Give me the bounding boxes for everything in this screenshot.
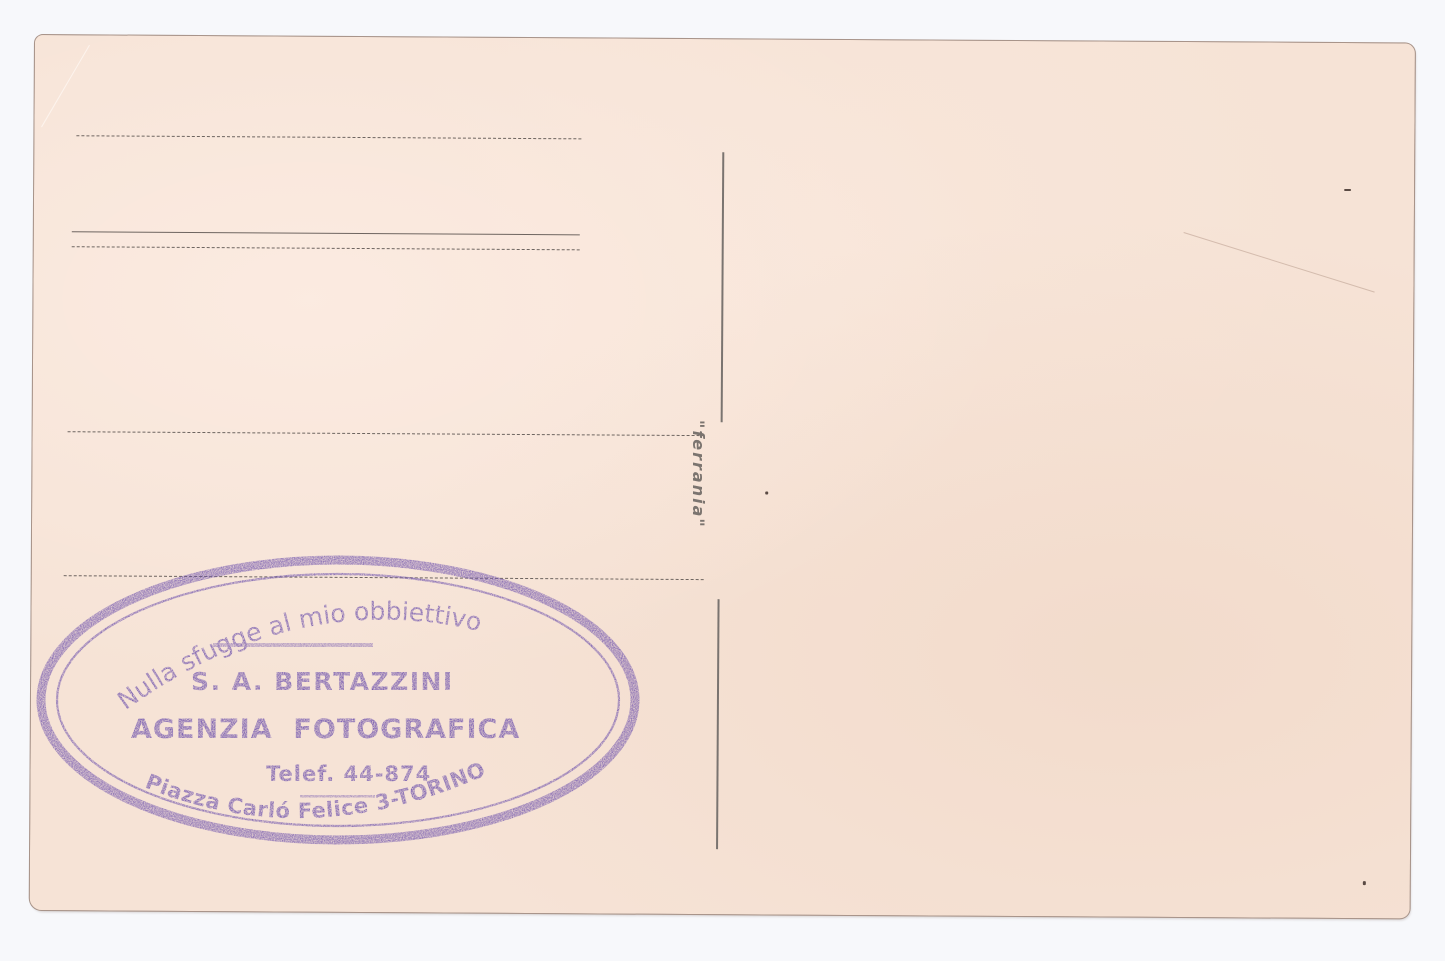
address-line xyxy=(72,246,580,250)
stamp-company: S. A. BERTAZZINI xyxy=(191,667,454,696)
paper-crease xyxy=(41,45,90,127)
photographer-stamp: Nulla sfugge al mio obbiettivo S. A. BER… xyxy=(38,555,638,845)
paper-crease xyxy=(1184,232,1375,293)
address-line xyxy=(68,431,705,436)
stamp-phone: Telef. 44-874 xyxy=(266,762,431,786)
center-divider xyxy=(721,152,725,422)
address-line xyxy=(76,135,581,139)
paper-speck xyxy=(765,491,768,494)
center-divider xyxy=(716,599,720,849)
address-line xyxy=(72,231,580,235)
paper-speck xyxy=(1344,189,1351,191)
stamp-business: AGENZIA FOTOGRAFICA xyxy=(131,714,520,745)
stamp-motto: Nulla sfugge al mio obbiettivo xyxy=(112,597,484,716)
brand-imprint: "ferrania" xyxy=(688,420,708,595)
paper-speck xyxy=(1363,881,1366,885)
